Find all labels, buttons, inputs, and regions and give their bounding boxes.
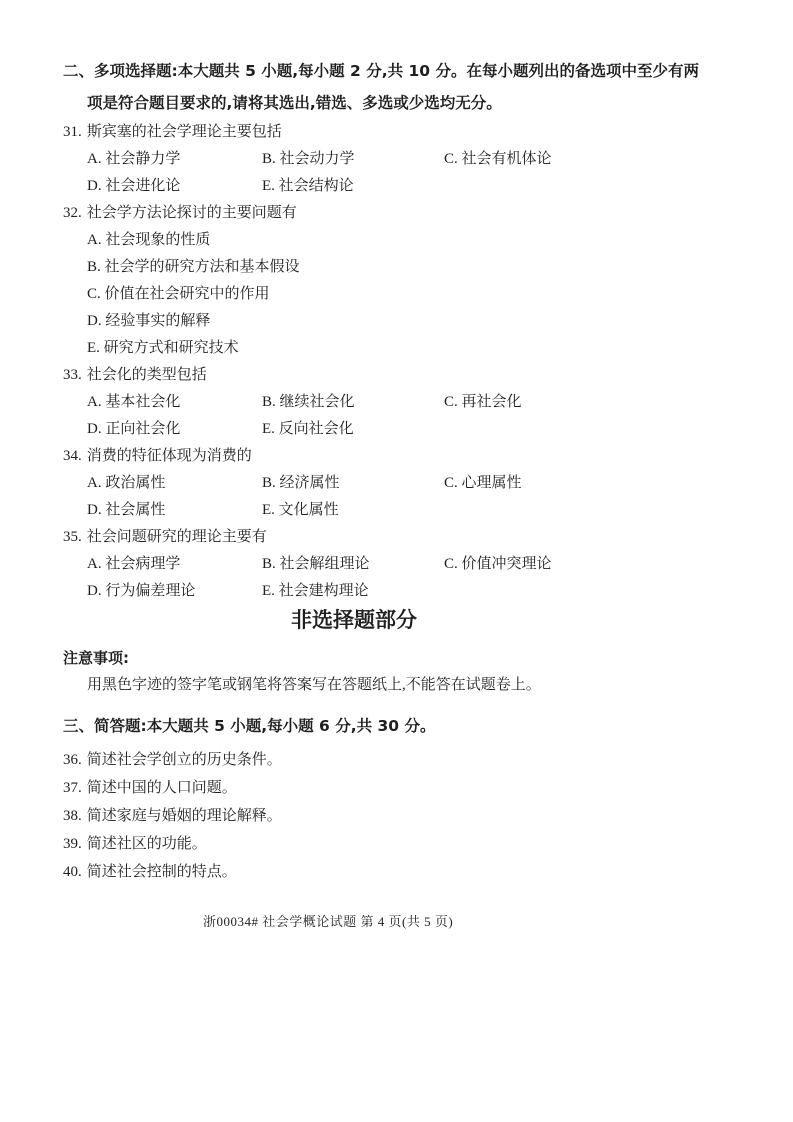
question-34-options: A. 政治属性 B. 经济属性 C. 心理属性 D. 社会属性 E. 文化属性: [87, 470, 743, 524]
notice-body: 用黑色字迹的签字笔或钢笔将答案写在答题纸上,不能答在试题卷上。: [87, 672, 743, 699]
exam-content: 二、多项选择题:本大题共 5 小题,每小题 2 分,共 10 分。在每小题列出的…: [0, 0, 793, 886]
question-31-stem: 31.斯宾塞的社会学理论主要包括: [63, 119, 743, 146]
question-40-text: 简述社会控制的特点。: [87, 864, 237, 880]
question-32: 32.社会学方法论探讨的主要问题有 A. 社会现象的性质 B. 社会学的研究方法…: [63, 200, 743, 362]
question-33-options: A. 基本社会化 B. 继续社会化 C. 再社会化 D. 正向社会化 E. 反向…: [87, 389, 743, 443]
question-40: 40.简述社会控制的特点。: [63, 858, 743, 886]
question-31-options: A. 社会静力学 B. 社会动力学 C. 社会有机体论 D. 社会进化论 E. …: [87, 146, 743, 200]
question-35-number: 35.: [63, 529, 82, 545]
question-40-number: 40.: [63, 864, 82, 880]
question-35-text: 社会问题研究的理论主要有: [87, 529, 267, 545]
question-35-option-d: D. 行为偏差理论: [87, 578, 262, 605]
question-33-stem: 33.社会化的类型包括: [63, 362, 743, 389]
question-34-number: 34.: [63, 448, 82, 464]
question-32-stem: 32.社会学方法论探讨的主要问题有: [63, 200, 743, 227]
question-31-option-e: E. 社会结构论: [262, 173, 444, 200]
question-35-option-a: A. 社会病理学: [87, 551, 262, 578]
question-35-options: A. 社会病理学 B. 社会解组理论 C. 价值冲突理论 D. 行为偏差理论 E…: [87, 551, 743, 605]
question-34-option-c: C. 心理属性: [444, 470, 743, 497]
question-37-number: 37.: [63, 780, 82, 796]
section-3-header: 三、简答题:本大题共 5 小题,每小题 6 分,共 30 分。: [63, 713, 743, 740]
question-33-option-d: D. 正向社会化: [87, 416, 262, 443]
page-footer: 浙00034# 社会学概论试题 第 4 页(共 5 页): [203, 911, 453, 930]
question-31-option-d: D. 社会进化论: [87, 173, 262, 200]
question-35-option-e: E. 社会建构理论: [262, 578, 444, 605]
question-32-option-d: D. 经验事实的解释: [87, 308, 743, 335]
question-39-text: 简述社区的功能。: [87, 836, 207, 852]
question-37: 37.简述中国的人口问题。: [63, 774, 743, 802]
question-34-option-d: D. 社会属性: [87, 497, 262, 524]
question-33-option-c: C. 再社会化: [444, 389, 743, 416]
question-36: 36.简述社会学创立的历史条件。: [63, 746, 743, 774]
question-33-text: 社会化的类型包括: [87, 367, 207, 383]
question-34-option-a: A. 政治属性: [87, 470, 262, 497]
question-33-option-e: E. 反向社会化: [262, 416, 444, 443]
question-32-options: A. 社会现象的性质 B. 社会学的研究方法和基本假设 C. 价值在社会研究中的…: [87, 227, 743, 362]
question-32-option-c: C. 价值在社会研究中的作用: [87, 281, 743, 308]
question-32-number: 32.: [63, 205, 82, 221]
question-36-text: 简述社会学创立的历史条件。: [87, 752, 282, 768]
question-38: 38.简述家庭与婚姻的理论解释。: [63, 802, 743, 830]
exam-page: 二、多项选择题:本大题共 5 小题,每小题 2 分,共 10 分。在每小题列出的…: [0, 0, 793, 1122]
question-33-option-b: B. 继续社会化: [262, 389, 444, 416]
question-34: 34.消费的特征体现为消费的 A. 政治属性 B. 经济属性 C. 心理属性 D…: [63, 443, 743, 524]
question-32-option-e: E. 研究方式和研究技术: [87, 335, 743, 362]
section-2-header-line2: 项是符合题目要求的,请将其选出,错选、多选或少选均无分。: [87, 87, 743, 119]
question-36-number: 36.: [63, 752, 82, 768]
question-39-number: 39.: [63, 836, 82, 852]
question-31-option-c: C. 社会有机体论: [444, 146, 743, 173]
question-31-option-b: B. 社会动力学: [262, 146, 444, 173]
section-2-header-line1: 二、多项选择题:本大题共 5 小题,每小题 2 分,共 10 分。在每小题列出的…: [63, 55, 743, 87]
question-33-option-a: A. 基本社会化: [87, 389, 262, 416]
question-34-text: 消费的特征体现为消费的: [87, 448, 252, 464]
question-31: 31.斯宾塞的社会学理论主要包括 A. 社会静力学 B. 社会动力学 C. 社会…: [63, 119, 743, 200]
question-33-number: 33.: [63, 367, 82, 383]
question-32-option-b: B. 社会学的研究方法和基本假设: [87, 254, 743, 281]
question-31-number: 31.: [63, 124, 82, 140]
question-35-option-c: C. 价值冲突理论: [444, 551, 743, 578]
question-37-text: 简述中国的人口问题。: [87, 780, 237, 796]
question-38-number: 38.: [63, 808, 82, 824]
non-choice-part-title: 非选择题部分: [14, 605, 694, 635]
question-35-stem: 35.社会问题研究的理论主要有: [63, 524, 743, 551]
question-32-text: 社会学方法论探讨的主要问题有: [87, 205, 297, 221]
question-35: 35.社会问题研究的理论主要有 A. 社会病理学 B. 社会解组理论 C. 价值…: [63, 524, 743, 605]
question-39: 39.简述社区的功能。: [63, 830, 743, 858]
question-32-option-a: A. 社会现象的性质: [87, 227, 743, 254]
question-34-option-e: E. 文化属性: [262, 497, 444, 524]
question-31-text: 斯宾塞的社会学理论主要包括: [87, 124, 282, 140]
question-34-option-b: B. 经济属性: [262, 470, 444, 497]
question-38-text: 简述家庭与婚姻的理论解释。: [87, 808, 282, 824]
question-31-option-a: A. 社会静力学: [87, 146, 262, 173]
question-33: 33.社会化的类型包括 A. 基本社会化 B. 继续社会化 C. 再社会化 D.…: [63, 362, 743, 443]
section-2-header: 二、多项选择题:本大题共 5 小题,每小题 2 分,共 10 分。在每小题列出的…: [63, 55, 743, 119]
question-34-stem: 34.消费的特征体现为消费的: [63, 443, 743, 470]
notice-title: 注意事项:: [63, 645, 743, 672]
question-35-option-b: B. 社会解组理论: [262, 551, 444, 578]
